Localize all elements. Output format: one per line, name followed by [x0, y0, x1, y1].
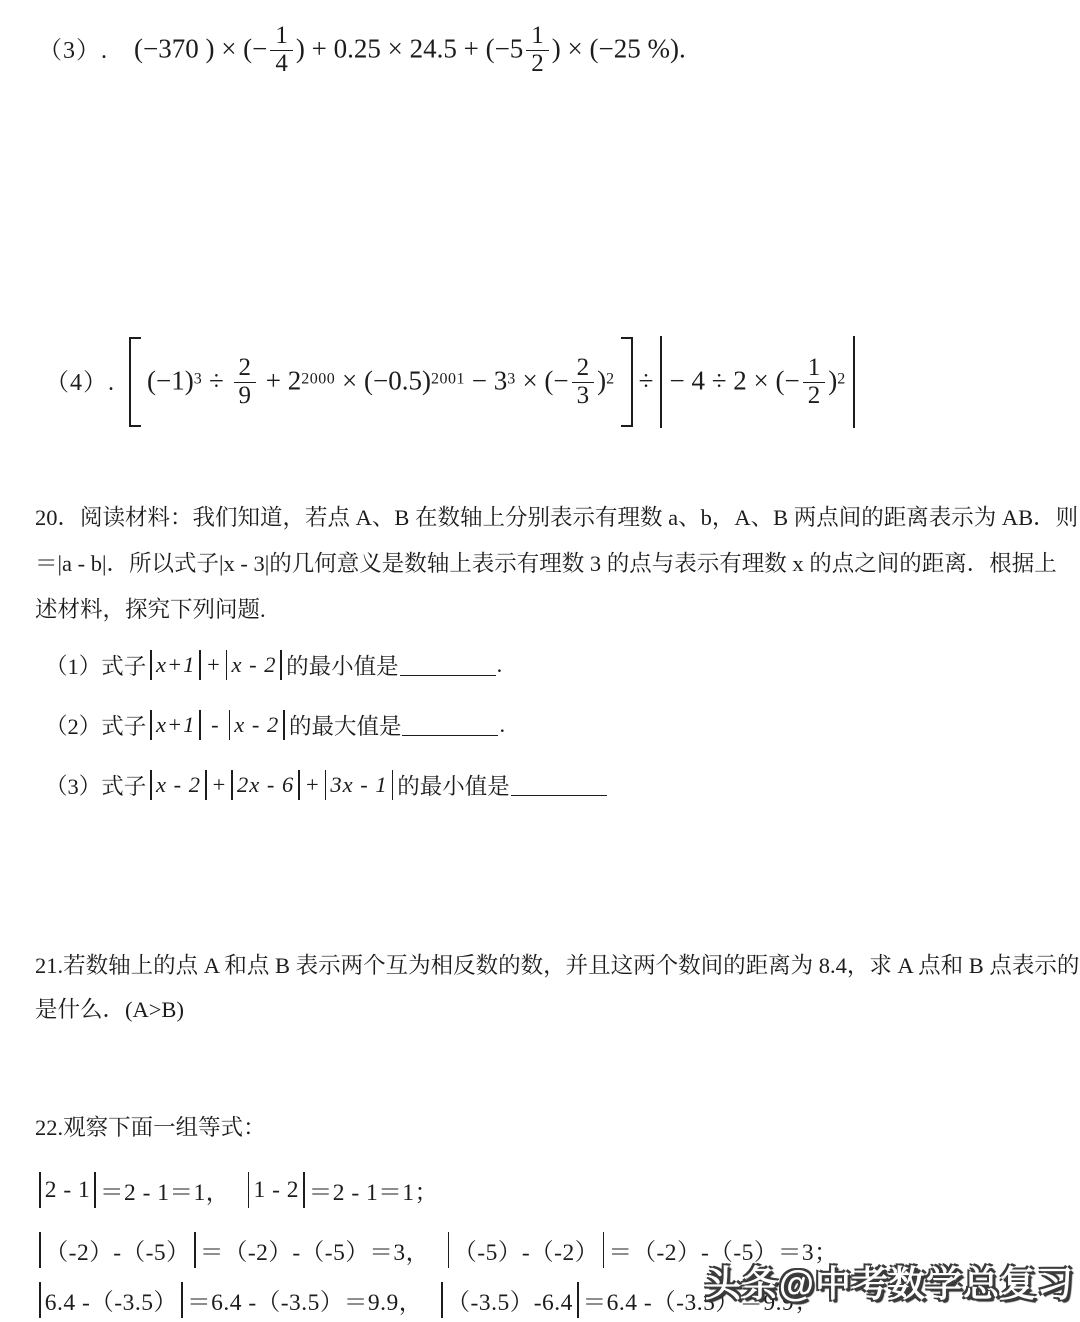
- worksheet-page: （3）.(−370 ) × (−14) + 0.25 × 24.5 + (−51…: [0, 0, 1080, 1322]
- absolute-value-bar: [280, 650, 282, 680]
- fraction-1-2: 12: [803, 355, 826, 409]
- absolute-value-bar: [441, 1282, 443, 1318]
- problem-20-sub3: （3） 式子 x - 2+2x - 6+3x - 1 的最小值是: [45, 765, 608, 805]
- absolute-value-bar: [298, 770, 300, 800]
- problem-20-line1: 20．阅读材料：我们知道，若点 A、B 在数轴上分别表示有理数 a、b，A、B …: [35, 495, 1047, 541]
- fraction-numerator: 1: [270, 23, 293, 50]
- absolute-value-bar: [603, 1232, 605, 1268]
- problem-4-seg8: − 4 ÷ 2 × (−: [669, 366, 799, 396]
- absolute-value-bar: [39, 1282, 41, 1318]
- problem-4-divide: ÷: [639, 366, 654, 396]
- problem-20-line2: ＝|a - b|．所以式子|x - 3|的几何意义是数轴上表示有理数 3 的点与…: [35, 541, 1047, 587]
- problem-20-sub1: （1） 式子 x+1+x - 2 的最小值是 .: [45, 645, 502, 685]
- sub2-operator: -: [205, 712, 225, 738]
- absolute-value-bar: [853, 336, 855, 428]
- absolute-value-bar: [205, 770, 207, 800]
- sub2-label: （2）: [45, 709, 101, 741]
- sub3-term1: x - 2: [156, 772, 201, 798]
- absolute-value-bar: [231, 770, 233, 800]
- absolute-value-bar: [150, 710, 152, 740]
- sub3-term3: 3x - 1: [330, 772, 387, 798]
- problem-22-title: 22.观察下面一组等式：: [35, 1105, 1047, 1151]
- problem-4-seg4: × (−0.5): [335, 366, 431, 396]
- exponent: 2: [837, 370, 846, 387]
- exponent: 2001: [431, 370, 465, 387]
- problem-4-seg1: (−1): [147, 366, 194, 396]
- problem-21-line2: 是什么．(A>B): [35, 988, 1047, 1032]
- absolute-value-bar: [229, 710, 231, 740]
- absolute-value-bar: [39, 1172, 41, 1208]
- eq2-inside1: （-2）-（-5）: [45, 1233, 190, 1267]
- absolute-value-bar: [392, 770, 394, 800]
- exponent: 2000: [301, 370, 335, 387]
- problem-4-seg2: ÷: [202, 366, 230, 396]
- fraction-denominator: 9: [234, 383, 257, 409]
- fraction-denominator: 3: [572, 383, 595, 409]
- eq1-result1: ＝2 - 1＝1，: [100, 1173, 230, 1207]
- fraction-numerator: 2: [234, 355, 257, 382]
- fraction-denominator: 4: [270, 51, 293, 77]
- problem-4-seg6: × (−: [516, 366, 569, 396]
- absolute-value-bar: [39, 1232, 41, 1268]
- absolute-value-bar: [194, 1232, 196, 1268]
- problem-4-seg5: − 3: [465, 366, 507, 396]
- exponent: 2: [606, 370, 615, 387]
- problem-4-seg7: ): [597, 366, 606, 396]
- sub1-period: .: [497, 652, 503, 678]
- absolute-value-bar: [199, 710, 201, 740]
- sub3-prefix: 式子: [101, 769, 146, 801]
- exponent: 3: [194, 370, 203, 387]
- fraction-denominator: 2: [803, 383, 826, 409]
- absolute-value-bar: [448, 1232, 450, 1268]
- fraction-2-3: 23: [572, 355, 595, 409]
- absolute-value-bar: [199, 650, 201, 680]
- sub3-term2: 2x - 6: [237, 772, 294, 798]
- problem-3-label: （3）.: [38, 38, 108, 64]
- absolute-value-bar: [181, 1282, 183, 1318]
- equation-line-3: 6.4 -（-3.5）＝6.4 -（-3.5）＝9.9，（-3.5）-6.4＝6…: [35, 1278, 818, 1322]
- problem-4: （4）.(−1)3 ÷ 29 + 22000 × (−0.5)2001 − 33…: [45, 336, 862, 436]
- eq1-inside2: 1 - 2: [253, 1177, 299, 1204]
- problem-20-sub2: （2） 式子 x+1-x - 2 的最大值是 .: [45, 705, 505, 745]
- fraction-2-9: 29: [234, 355, 257, 409]
- problem-3: （3）.(−370 ) × (−14) + 0.25 × 24.5 + (−51…: [38, 14, 686, 94]
- problem-3-seg3: ) × (−25 %).: [552, 34, 686, 64]
- problem-4-seg3: + 2: [259, 366, 301, 396]
- answer-blank: [402, 715, 498, 736]
- absolute-value-bar: [577, 1282, 579, 1318]
- sub1-term2: x - 2: [231, 652, 276, 678]
- sub3-operator1: +: [211, 772, 228, 798]
- sub2-term2: x - 2: [234, 712, 279, 738]
- problem-20-text: 20．阅读材料：我们知道，若点 A、B 在数轴上分别表示有理数 a、b，A、B …: [35, 495, 1047, 633]
- problem-21-line1: 21.若数轴上的点 A 和点 B 表示两个互为相反数的数，并且这两个数间的距离为…: [35, 944, 1047, 988]
- sub2-period: .: [499, 712, 505, 738]
- absolute-value-bar: [150, 650, 152, 680]
- sub1-term1: x+1: [156, 652, 195, 678]
- absolute-value-bar: [226, 650, 228, 680]
- problem-3-seg1: (−370 ) × (−: [134, 34, 267, 64]
- equation-line-1: 2 - 1＝2 - 1＝1，1 - 2＝2 - 1＝1；: [35, 1168, 439, 1212]
- fraction-1-4: 14: [270, 23, 293, 77]
- fraction-denominator: 2: [526, 51, 549, 77]
- eq3-inside1: 6.4 -（-3.5）: [45, 1283, 178, 1317]
- sub2-prefix: 式子: [101, 709, 146, 741]
- fraction-numerator: 1: [526, 23, 549, 50]
- sub1-operator: +: [205, 652, 222, 678]
- problem-21-text: 21.若数轴上的点 A 和点 B 表示两个互为相反数的数，并且这两个数间的距离为…: [35, 944, 1047, 1032]
- problem-22-title-block: 22.观察下面一组等式：: [35, 1105, 1047, 1151]
- eq3-inside2: （-3.5）-6.4: [447, 1283, 573, 1317]
- answer-blank: [400, 655, 496, 676]
- sub3-label: （3）: [45, 769, 101, 801]
- absolute-value-bar: [303, 1172, 305, 1208]
- eq3-result1: ＝6.4 -（-3.5）＝9.9，: [187, 1283, 423, 1317]
- sub1-label: （1）: [45, 649, 101, 681]
- eq1-inside1: 2 - 1: [45, 1177, 91, 1204]
- answer-blank: [511, 775, 607, 796]
- absolute-value-bar: [660, 336, 662, 428]
- sub2-term1: x+1: [156, 712, 195, 738]
- fraction-numerator: 2: [572, 355, 595, 382]
- sub1-suffix: 的最小值是: [286, 649, 399, 681]
- sub1-prefix: 式子: [101, 649, 146, 681]
- eq2-inside2: （-5）-（-2）: [453, 1233, 598, 1267]
- absolute-value-bar: [150, 770, 152, 800]
- problem-3-seg2: ) + 0.25 × 24.5 + (−5: [296, 34, 523, 64]
- exponent: 3: [507, 370, 516, 387]
- eq2-result1: ＝（-2）-（-5）＝3，: [200, 1233, 430, 1267]
- toutiao-watermark: 头条@中考数学总复习: [705, 1256, 1074, 1307]
- sub2-suffix: 的最大值是: [289, 709, 402, 741]
- problem-4-label: （4）.: [45, 370, 115, 396]
- fraction-numerator: 1: [803, 355, 826, 382]
- eq1-result2: ＝2 - 1＝1；: [309, 1173, 439, 1207]
- right-square-bracket: [621, 337, 633, 427]
- left-square-bracket: [129, 337, 141, 427]
- absolute-value-bar: [94, 1172, 96, 1208]
- problem-4-seg9: ): [828, 366, 837, 396]
- absolute-value-bar: [248, 1172, 250, 1208]
- absolute-value-bar: [283, 710, 285, 740]
- fraction-1-2: 12: [526, 23, 549, 77]
- absolute-value-bar: [325, 770, 327, 800]
- sub3-suffix: 的最小值是: [397, 769, 510, 801]
- sub3-operator2: +: [304, 772, 321, 798]
- problem-20-line3: 述材料，探究下列问题.: [35, 587, 1047, 633]
